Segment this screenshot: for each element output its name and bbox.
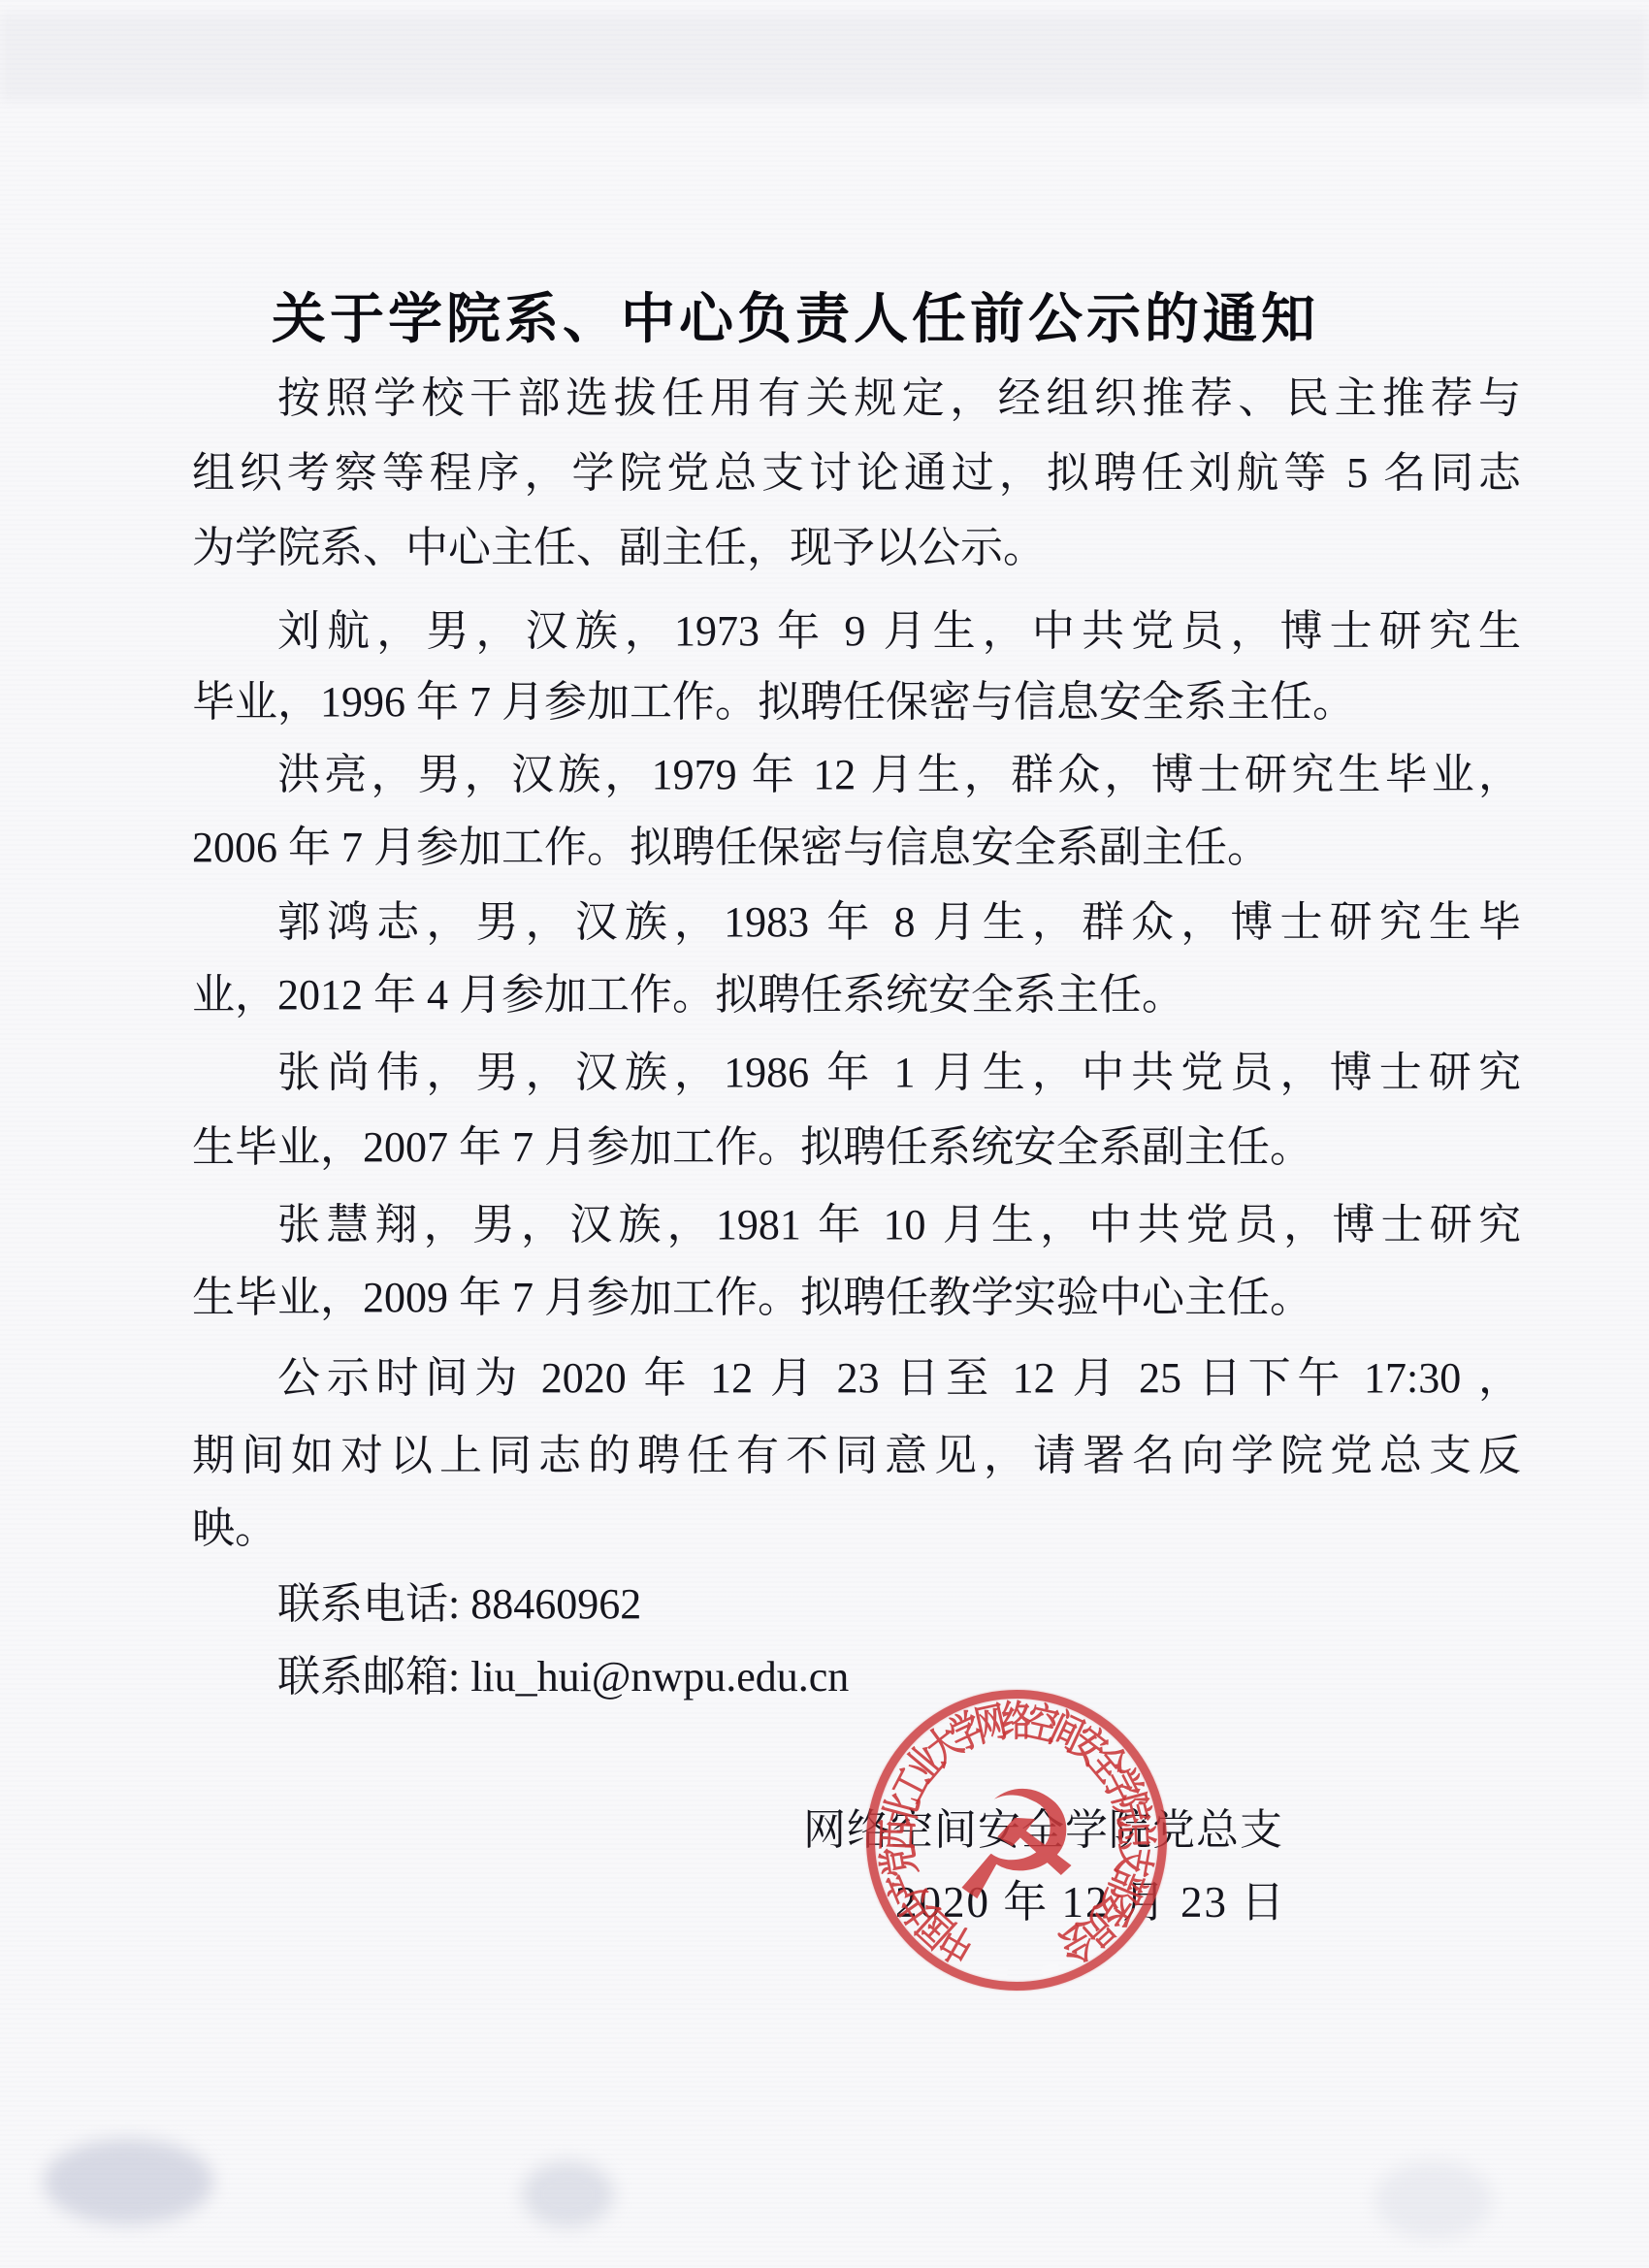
scan-shade [0,14,1649,101]
body-line: 生毕业，2007 年 7 月参加工作。拟聘任系统安全系副主任。 [192,1122,1521,1181]
scan-smudge [44,2139,213,2224]
body-line: 刘航，男，汉族，1973 年 9 月生，中共党员，博士研究生 [277,606,1521,664]
body-line: 张慧翔，男，汉族，1981 年 10 月生，中共党员，博士研究 [277,1200,1521,1258]
body-line: 毕业，1996 年 7 月参加工作。拟聘任保密与信息安全系主任。 [192,677,1521,735]
body-line: 期间如对以上同志的聘任有不同意见，请署名向学院党总支反 [192,1431,1521,1489]
notice-title: 关于学院系、中心负责人任前公示的通知 [0,276,1591,354]
body-line: 生毕业，2009 年 7 月参加工作。拟聘任教学实验中心主任。 [192,1273,1521,1331]
body-line: 洪亮，男，汉族，1979 年 12 月生，群众，博士研究生毕业， [277,750,1521,808]
body-line: 张尚伟，男，汉族，1986 年 1 月生，中共党员，博士研究 [277,1048,1521,1106]
body-line: 组织考察等程序，学院党总支讨论通过，拟聘任刘航等 5 名同志 [192,448,1521,506]
body-line: 联系电话: 88460962 [277,1579,1521,1637]
body-line: 为学院系、中心主任、副主任，现予以公示。 [192,523,1521,581]
official-seal: ☭ 中国共产党西北工业大学网络空间安全学院总支部委员会 [866,1690,1167,1991]
scan-smudge [522,2161,614,2227]
body-line: 业，2012 年 4 月参加工作。拟聘任系统安全系主任。 [192,970,1521,1028]
scan-smudge [1375,2161,1492,2239]
body-line: 公示时间为 2020 年 12 月 23 日至 12 月 25 日下午 17:3… [277,1353,1521,1411]
body-line: 映。 [192,1504,1521,1562]
scanned-notice-page: 关于学院系、中心负责人任前公示的通知 按照学校干部选拔任用有关规定，经组织推荐、… [0,0,1649,2268]
body-line: 2006 年 7 月参加工作。拟聘任保密与信息安全系副主任。 [192,823,1521,881]
body-line: 按照学校干部选拔任用有关规定，经组织推荐、民主推荐与 [277,373,1521,432]
seal-notch [989,1965,1008,1978]
body-line: 郭鸿志，男，汉族，1983 年 8 月生，群众，博士研究生毕 [277,897,1521,956]
